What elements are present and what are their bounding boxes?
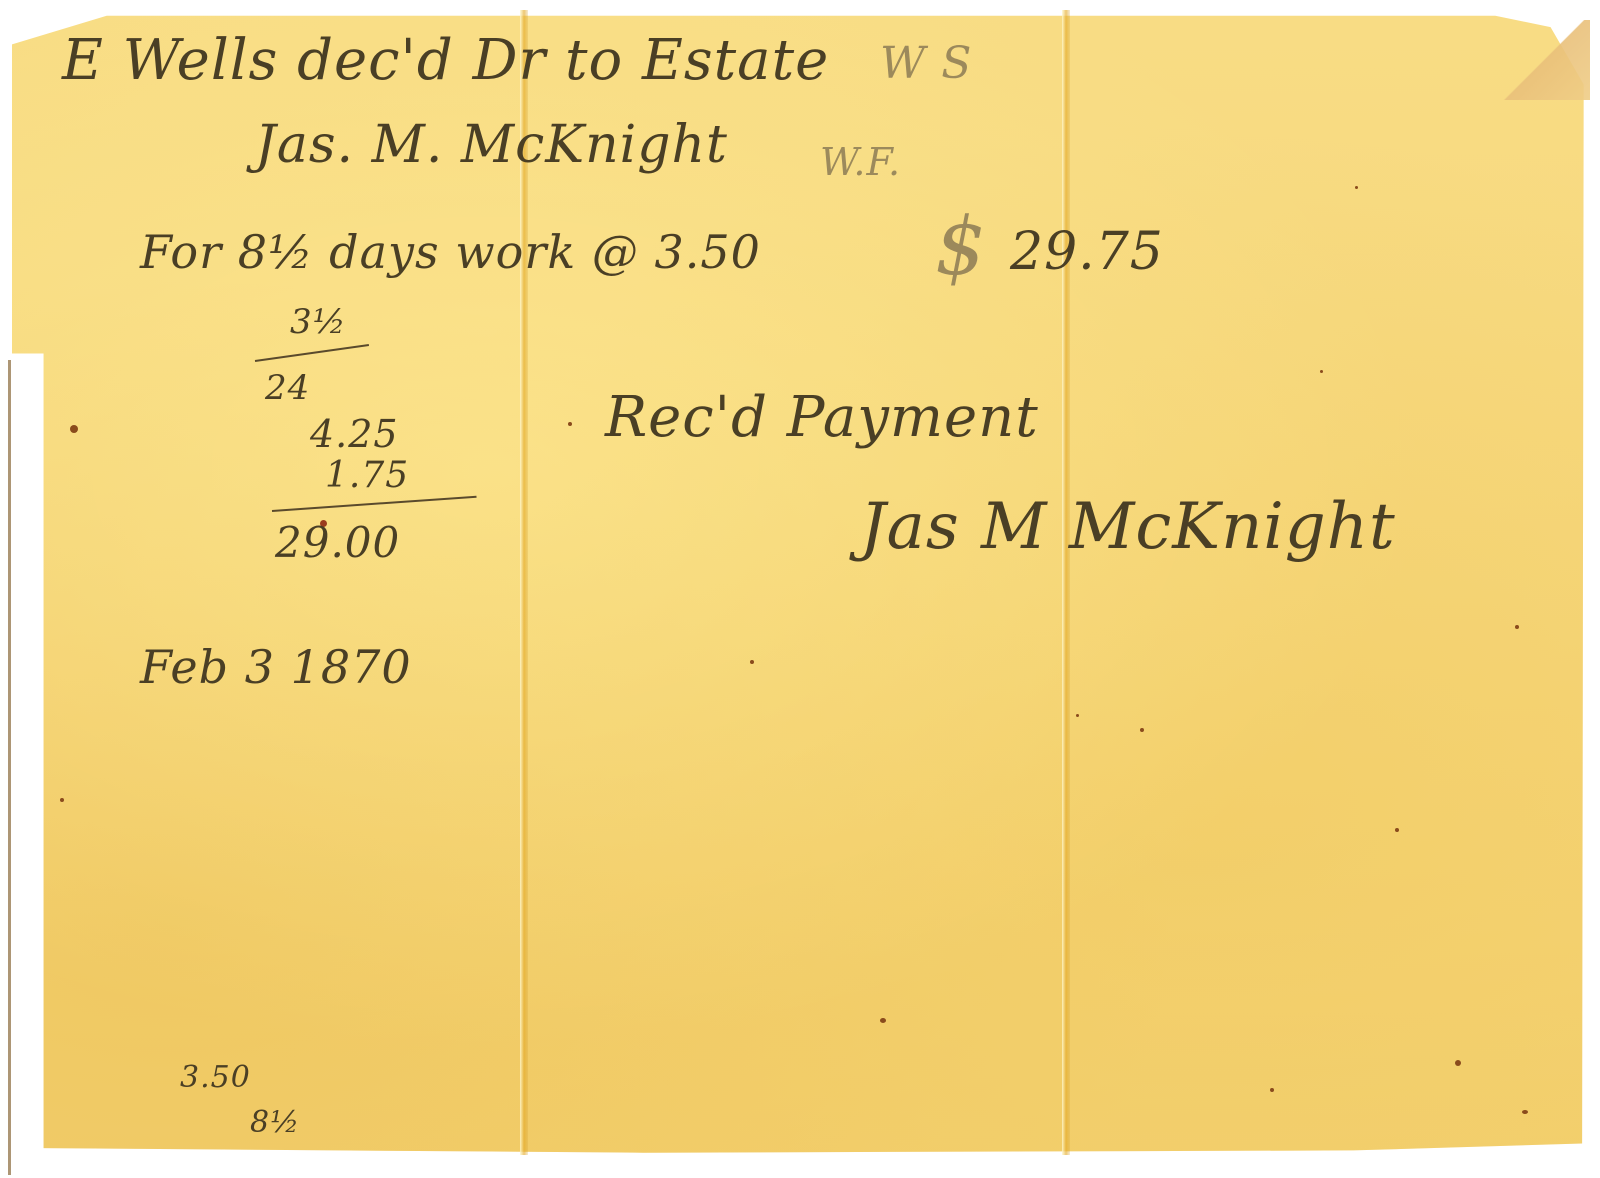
paper-speck [568,422,572,426]
folded-corner [1500,20,1590,100]
calc-line-2: 24 [265,368,310,408]
paper-speck [1395,828,1399,832]
charge-line-text: For 8½ days work @ 3.50 [140,225,761,279]
paper-edge-shadow [8,360,11,1175]
bottom-note-line-1: 3.50 [180,1060,251,1095]
paper-fold-crease-2 [1062,10,1070,1155]
paper-speck [1515,625,1519,629]
paper-speck [1140,728,1144,732]
paper-speck [1355,186,1358,189]
calc-line-1: 3½ [290,302,347,342]
received-payment-text: Rec'd Payment [605,385,1039,450]
charge-amount: 29.75 [1010,222,1164,282]
header-faint-initials: W S [880,38,972,89]
paper-fold-crease-1 [520,10,528,1155]
header-line-2: Jas. M. McKnight [255,115,728,175]
calc-line-3: 4.25 [310,412,399,456]
paper-speck [1270,1088,1274,1092]
paper-speck [1522,1110,1528,1114]
document-date: Feb 3 1870 [140,640,412,694]
calc-line-4: 1.75 [325,455,409,496]
paper-sheet [12,10,1590,1155]
header-faint-suffix: W.F. [820,140,901,184]
paper-speck [1455,1060,1461,1066]
paper-speck [70,425,78,433]
header-line-1: E Wells dec'd Dr to Estate [62,28,829,93]
signature: Jas M McKnight [860,490,1396,564]
calc-total: 29.00 [275,518,400,567]
paper-speck [1320,370,1323,373]
paper-speck [750,660,754,664]
paper-speck [1076,714,1079,717]
bottom-note-line-2: 8½ [250,1105,300,1140]
paper-speck [880,1018,886,1023]
paper-speck [60,798,64,802]
dollar-sign: $ [935,200,987,293]
